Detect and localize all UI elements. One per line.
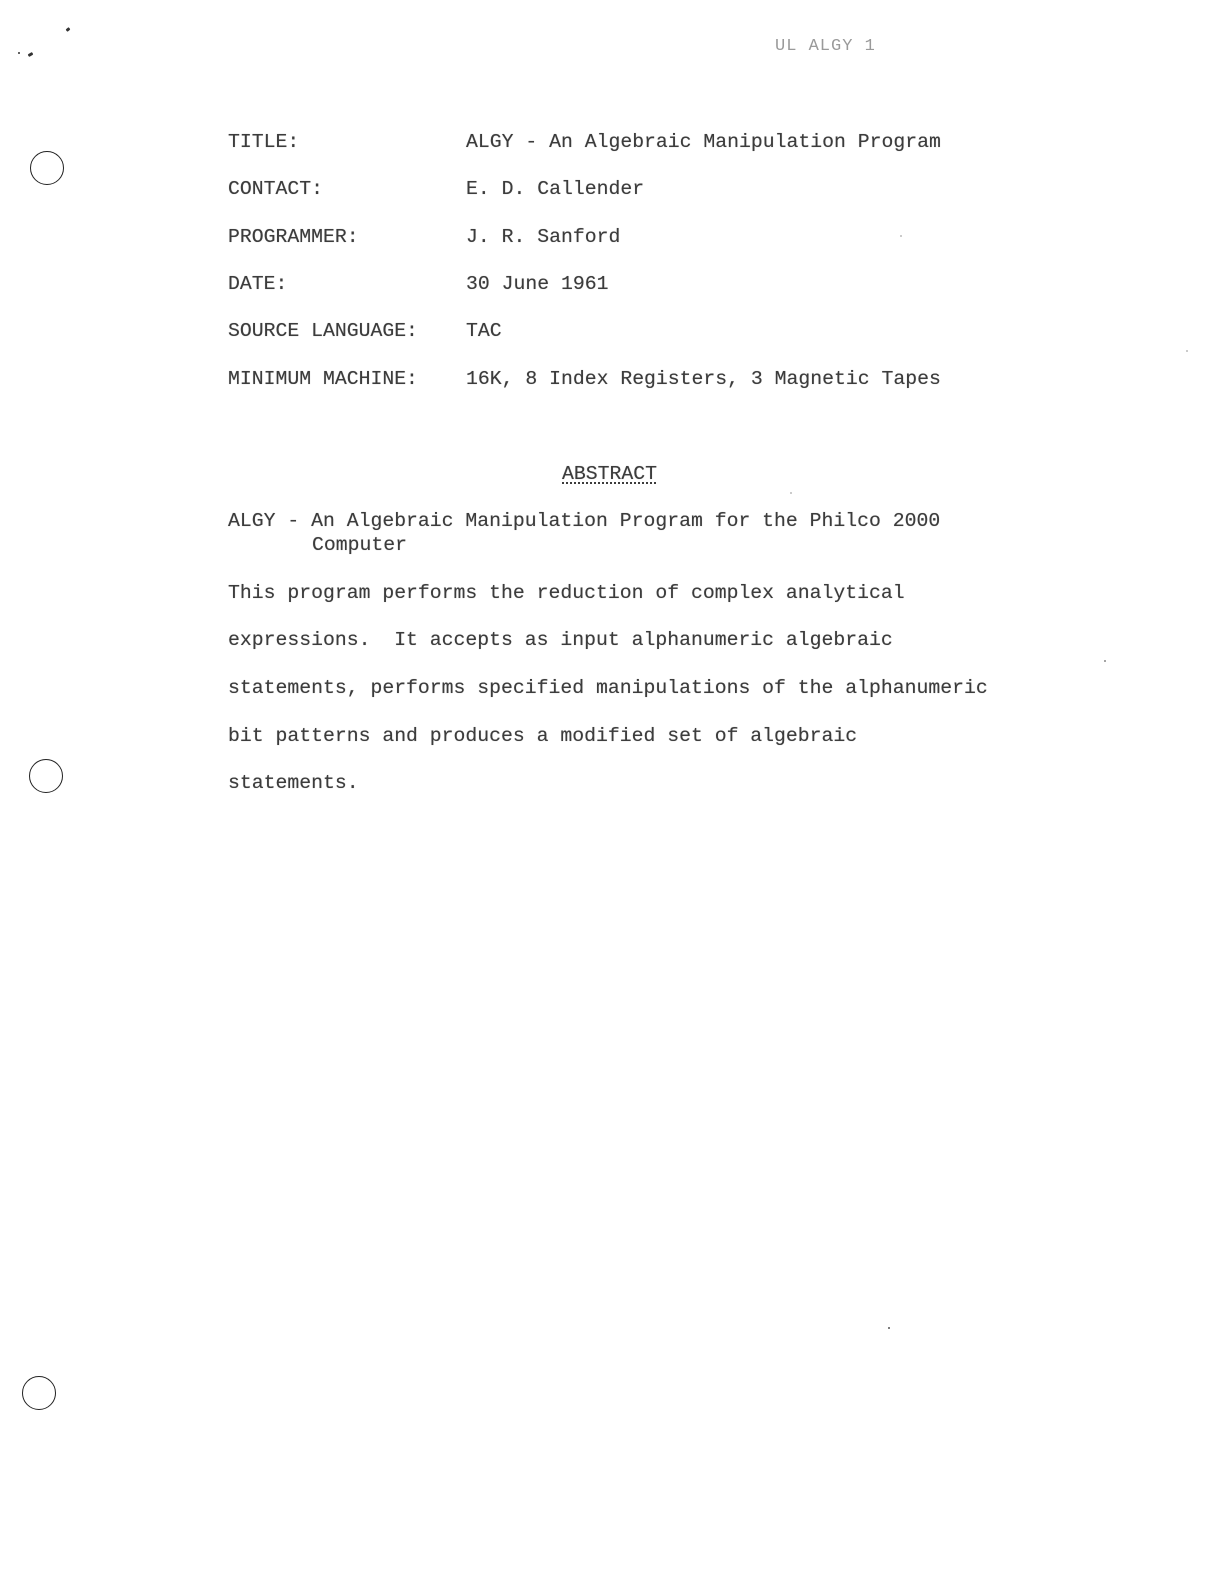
ink-speck <box>66 27 71 32</box>
abstract-body-line: statements, performs specified manipulat… <box>228 679 988 699</box>
abstract-body-line: statements. <box>228 774 359 794</box>
abstract-body-line: expressions. It accepts as input alphanu… <box>228 631 893 651</box>
scan-dot <box>1104 660 1106 662</box>
field-value-source-language: TAC <box>466 322 502 342</box>
field-label-contact: CONTACT: <box>228 180 323 200</box>
field-label-date: DATE: <box>228 275 287 295</box>
document-page: UL ALGY 1 TITLE: ALGY - An Algebraic Man… <box>0 0 1224 1584</box>
scan-dot <box>1186 350 1188 352</box>
scan-dot <box>900 235 902 237</box>
field-label-minimum-machine: MINIMUM MACHINE: <box>228 370 418 390</box>
field-label-programmer: PROGRAMMER: <box>228 228 359 248</box>
punch-hole-middle <box>29 759 63 793</box>
field-value-programmer: J. R. Sanford <box>466 228 620 248</box>
ink-speck <box>28 52 34 57</box>
abstract-title-line-2: Computer <box>312 536 407 556</box>
field-label-title: TITLE: <box>228 133 299 153</box>
field-value-date: 30 June 1961 <box>466 275 608 295</box>
scan-dot <box>888 1327 890 1329</box>
field-label-source-language: SOURCE LANGUAGE: <box>228 322 418 342</box>
abstract-title-line-1: ALGY - An Algebraic Manipulation Program… <box>228 512 940 532</box>
abstract-body-line: This program performs the reduction of c… <box>228 584 905 604</box>
field-value-contact: E. D. Callender <box>466 180 644 200</box>
scan-dot <box>790 492 792 494</box>
punch-hole-bottom <box>22 1376 56 1410</box>
punch-hole-top <box>30 151 64 185</box>
abstract-body-line: bit patterns and produces a modified set… <box>228 727 857 747</box>
field-value-minimum-machine: 16K, 8 Index Registers, 3 Magnetic Tapes <box>466 370 941 390</box>
document-id: UL ALGY 1 <box>775 37 876 56</box>
ink-speck <box>18 52 20 54</box>
field-value-title: ALGY - An Algebraic Manipulation Program <box>466 133 941 153</box>
abstract-heading: ABSTRACT <box>562 465 657 485</box>
